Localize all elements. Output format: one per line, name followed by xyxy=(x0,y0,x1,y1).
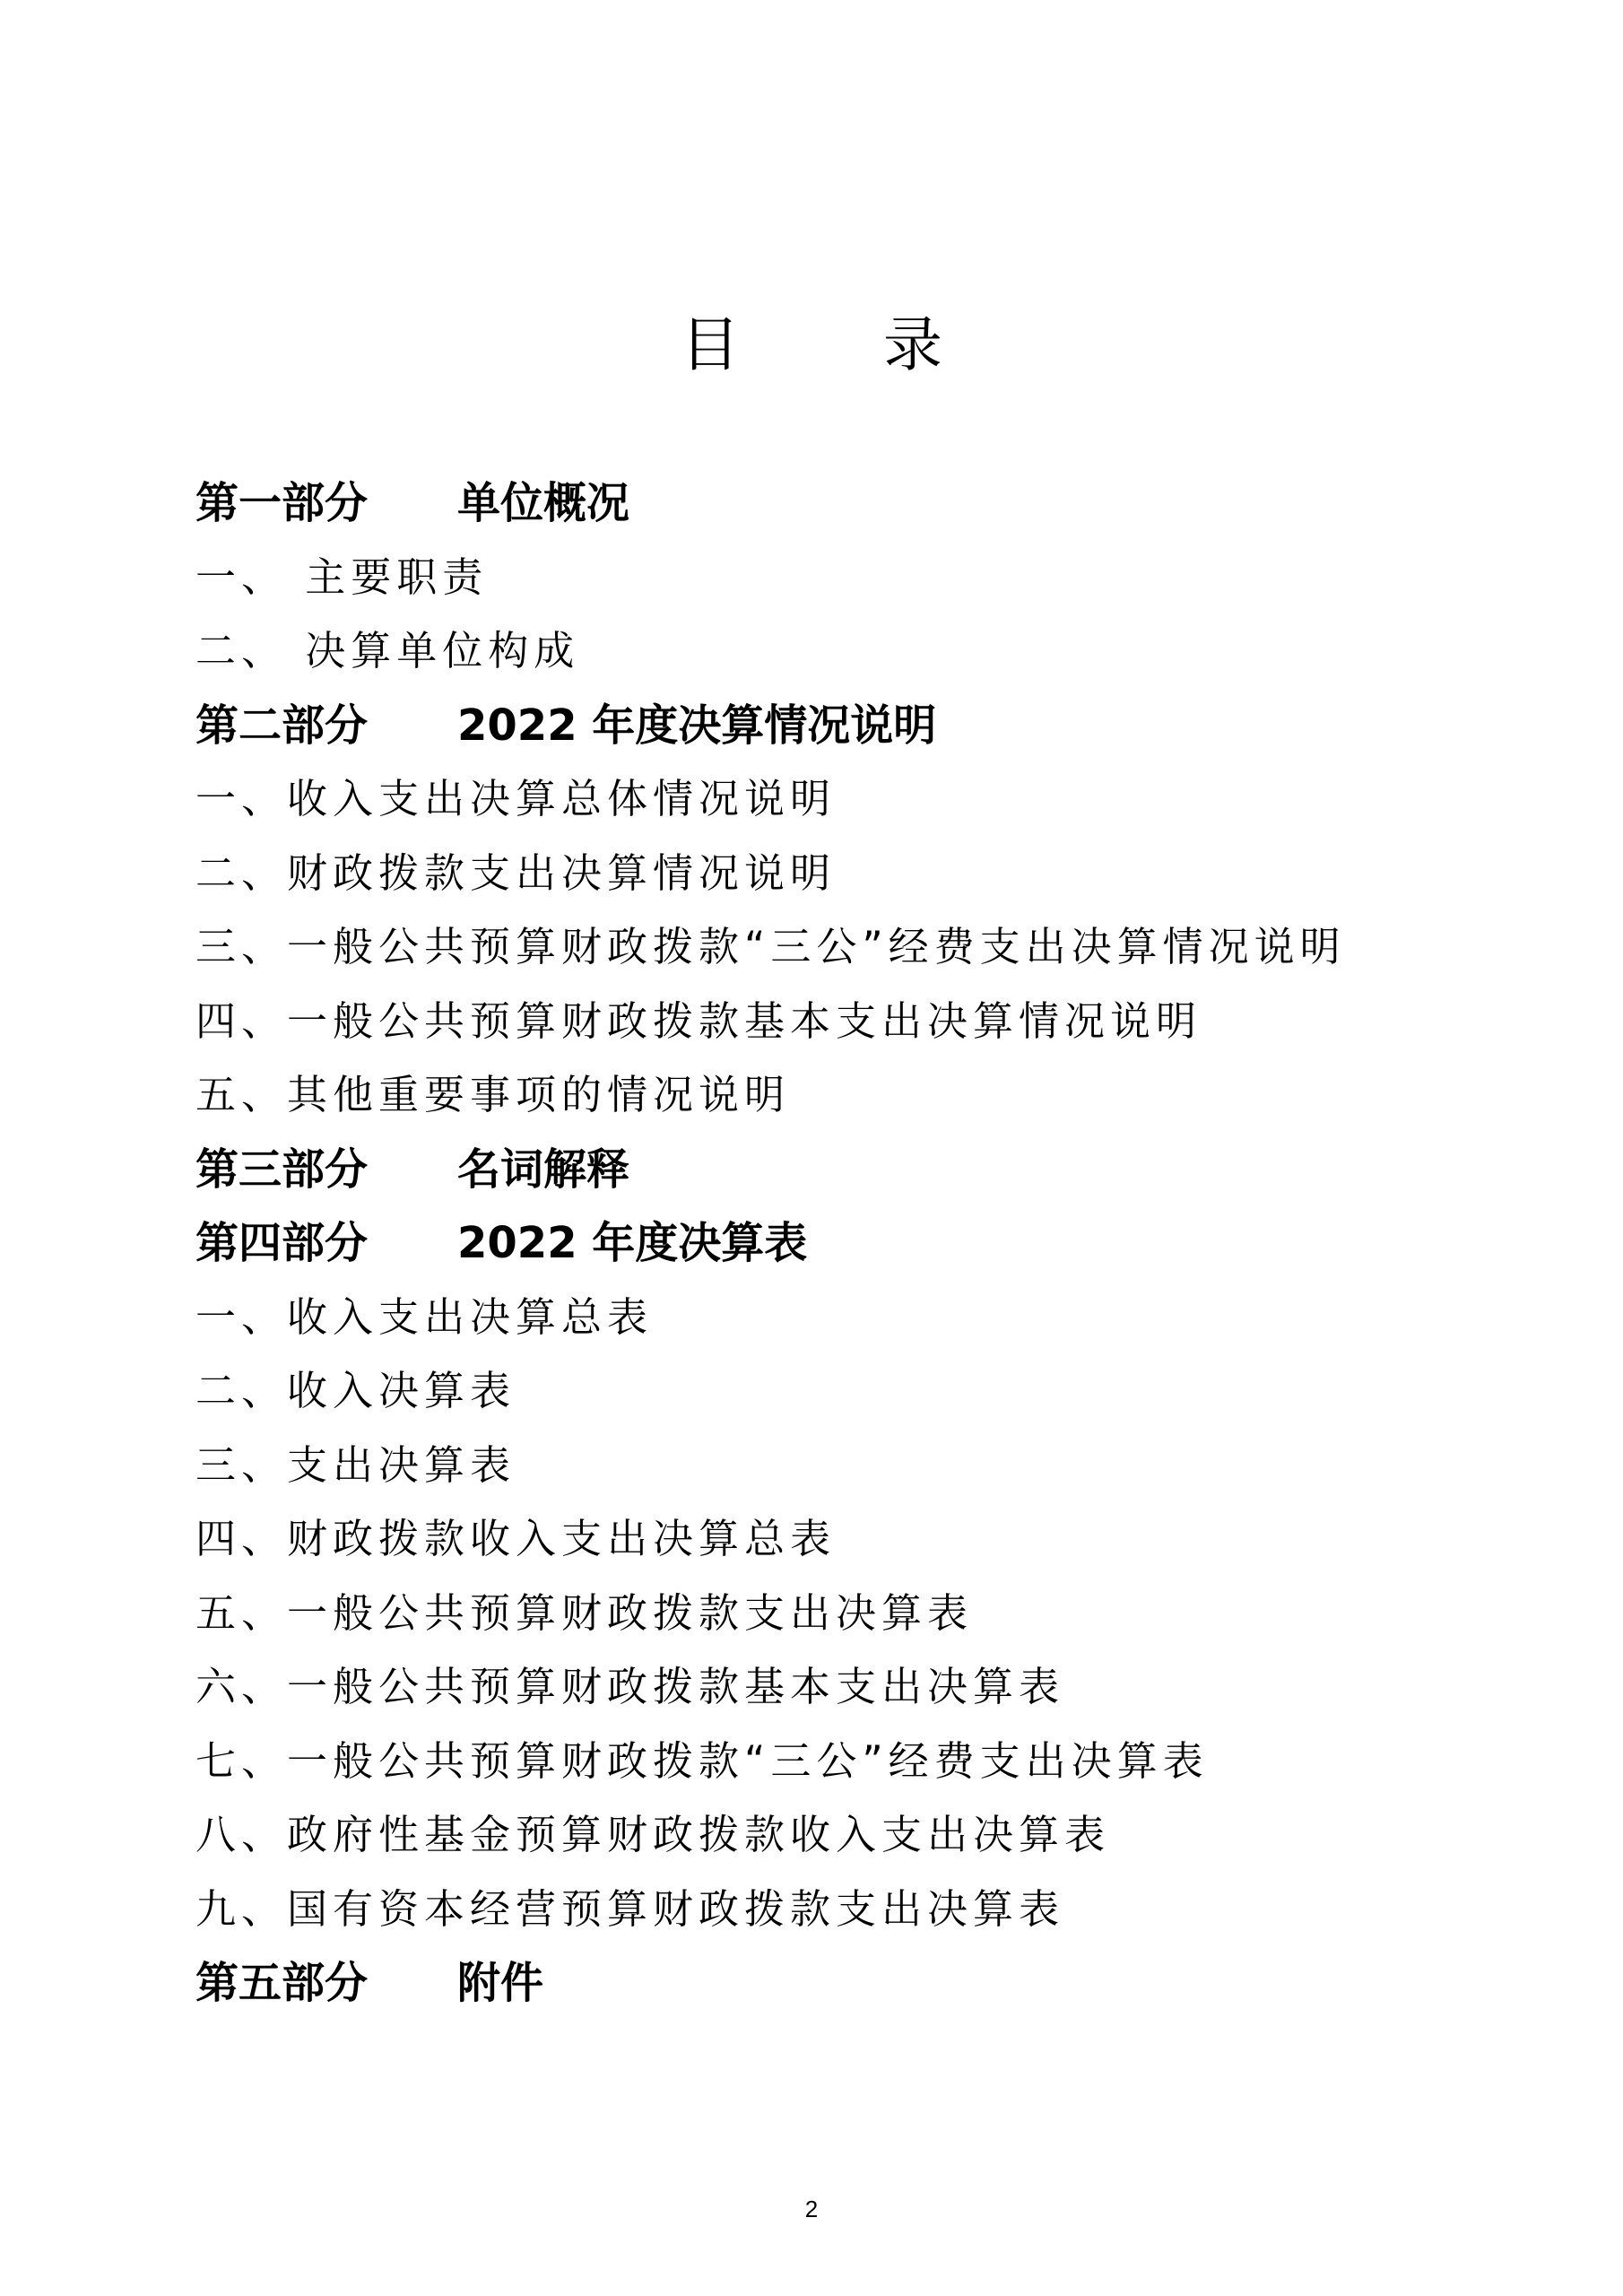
toc-item[interactable]: 四、一般公共预算财政拨款基本支出决算情况说明 xyxy=(195,985,1496,1059)
toc-item[interactable]: 六、一般公共预算财政拨款基本支出决算表 xyxy=(195,1650,1496,1725)
toc-item[interactable]: 七、一般公共预算财政拨款“三公”经费支出决算表 xyxy=(195,1725,1496,1799)
toc-part-2[interactable]: 第二部分2022 年度决算情况说明 xyxy=(195,689,1496,763)
page-title: 目录 xyxy=(0,305,1623,386)
toc-item[interactable]: 三、支出决算表 xyxy=(195,1429,1496,1503)
toc-item[interactable]: 一、 主要职责 xyxy=(195,541,1496,615)
toc-item[interactable]: 二、财政拨款支出决算情况说明 xyxy=(195,837,1496,911)
page-number: 2 xyxy=(0,2196,1623,2223)
toc-item[interactable]: 三、一般公共预算财政拨款“三公”经费支出决算情况说明 xyxy=(195,910,1496,985)
title-char-1: 目 xyxy=(681,305,740,386)
toc-part-4[interactable]: 第四部分2022 年度决算表 xyxy=(195,1206,1496,1281)
table-of-contents: 第一部分单位概况 一、 主要职责 二、 决算单位构成 第二部分2022 年度决算… xyxy=(195,466,1496,2021)
toc-part-5[interactable]: 第五部分附件 xyxy=(195,1946,1496,2021)
toc-item[interactable]: 一、收入支出决算总体情况说明 xyxy=(195,762,1496,837)
toc-item[interactable]: 九、国有资本经营预算财政拨款支出决算表 xyxy=(195,1873,1496,1947)
toc-item[interactable]: 八、政府性基金预算财政拨款收入支出决算表 xyxy=(195,1798,1496,1873)
toc-item[interactable]: 四、财政拨款收入支出决算总表 xyxy=(195,1502,1496,1577)
toc-part-1[interactable]: 第一部分单位概况 xyxy=(195,466,1496,541)
title-char-2: 录 xyxy=(883,305,942,386)
toc-item[interactable]: 五、一般公共预算财政拨款支出决算表 xyxy=(195,1577,1496,1651)
toc-item[interactable]: 二、收入决算表 xyxy=(195,1354,1496,1429)
toc-item[interactable]: 二、 决算单位构成 xyxy=(195,614,1496,689)
toc-item[interactable]: 五、其他重要事项的情况说明 xyxy=(195,1058,1496,1133)
toc-part-3[interactable]: 第三部分名词解释 xyxy=(195,1133,1496,1207)
toc-item[interactable]: 一、收入支出决算总表 xyxy=(195,1281,1496,1355)
